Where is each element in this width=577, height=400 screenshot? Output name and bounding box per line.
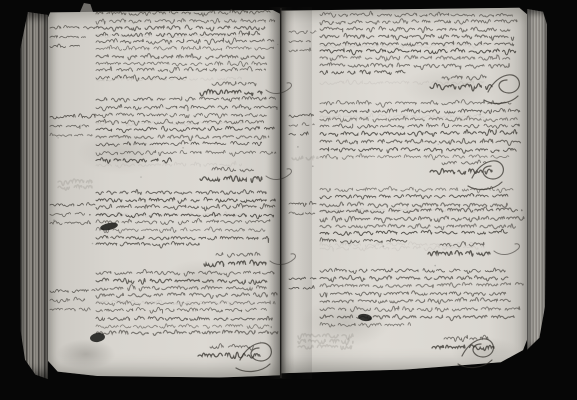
gutter-crease [280, 8, 282, 378]
handwriting-ink-overlay [0, 0, 577, 400]
book-scan-photo: Scanned two-page spread of a handwritten… [0, 0, 577, 400]
